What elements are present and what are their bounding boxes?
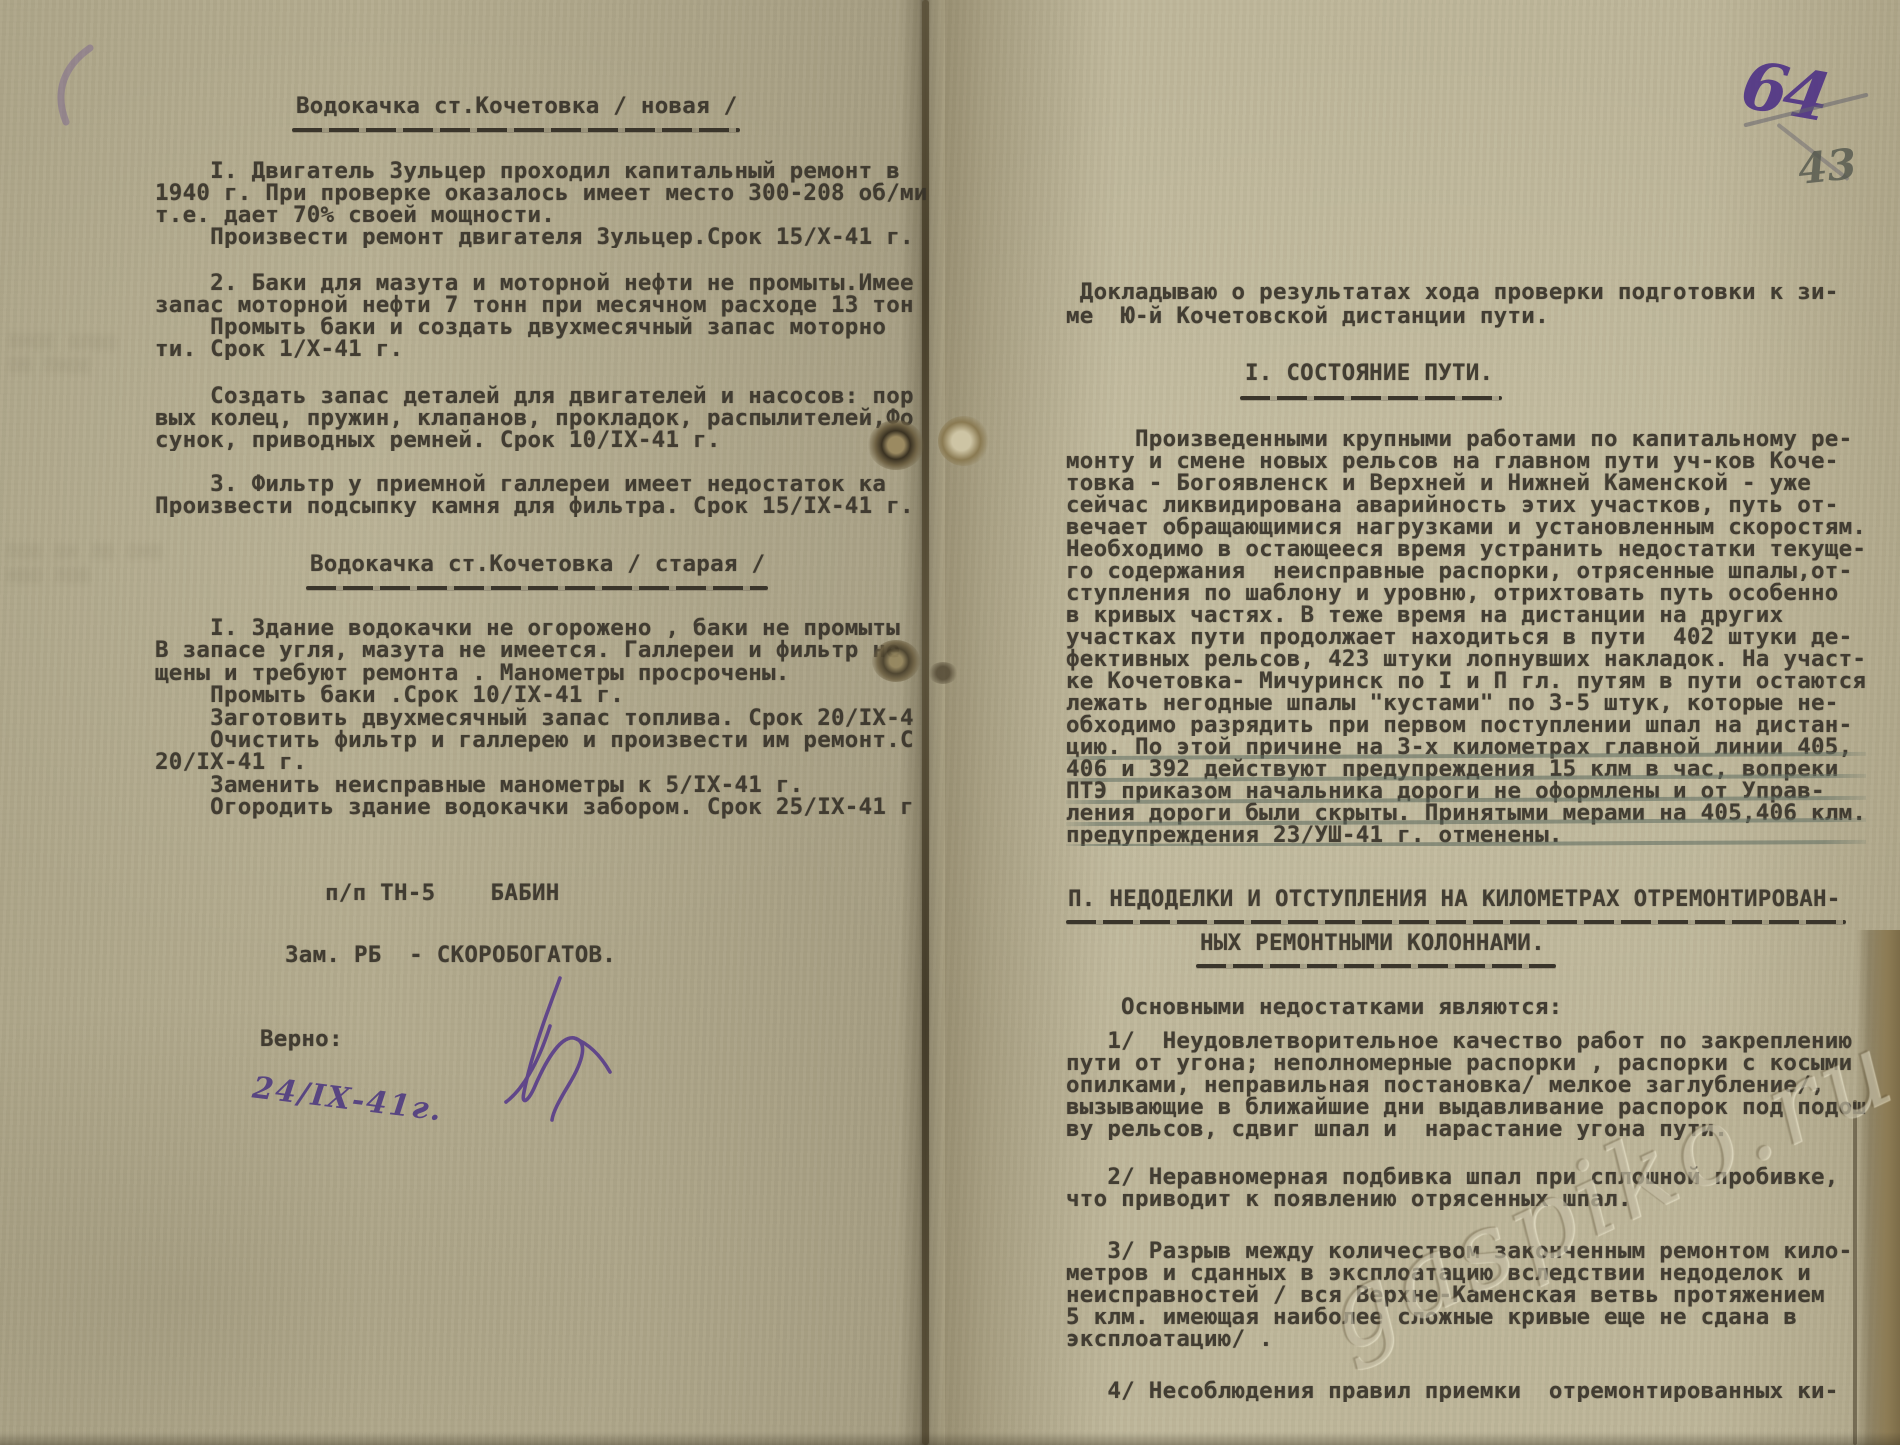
- text-line: Заготовить двухмесячный запас топлива. С…: [155, 707, 930, 729]
- text-line: Необходимо в остающееся время устранить …: [1066, 538, 1866, 560]
- paragraph-spare-parts: Создать запас деталей для двигателей и н…: [155, 385, 930, 451]
- left-heading-old-pumphouse: Водокачка ст.Кочетовка / старая /: [310, 553, 765, 575]
- text-line: ступления по шаблону и уровню, отрихтова…: [1066, 582, 1866, 604]
- text-line: ти. Срок 1/X-41 г.: [155, 338, 930, 360]
- text-line: 1940 г. При проверке оказалось имеет мес…: [155, 182, 930, 204]
- heading-underline: [1240, 396, 1502, 400]
- heading-underline: [1196, 964, 1556, 968]
- text-line: участках пути продолжает находиться в пу…: [1066, 626, 1866, 648]
- text-line: цию. По этой причине на 3-х километрах г…: [1066, 736, 1866, 758]
- text-line: 1/ Неудовлетворительное качество работ п…: [1066, 1030, 1866, 1052]
- text-line: 406 и 392 действуют предупреждения 15 кл…: [1066, 758, 1866, 780]
- text-line: Произвести ремонт двигателя Зульцер.Срок…: [155, 226, 930, 248]
- right-heading-track-condition: І. СОСТОЯНИЕ ПУТИ.: [1245, 362, 1493, 384]
- paragraph-building: І. Здание водокачки не огорожено , баки …: [155, 617, 930, 819]
- text-line: ке Кочетовка- Мичуринск по І и П гл. пут…: [1066, 670, 1866, 692]
- text-line: обходимо разрядить при первом поступлени…: [1066, 714, 1866, 736]
- text-line: Создать запас деталей для двигателей и н…: [155, 385, 930, 407]
- track-condition-body-underlined: цию. По этой причине на 3-х километрах г…: [1066, 736, 1866, 846]
- binding-hole: [872, 640, 920, 682]
- text-line: 3. Фильтр у приемной галлереи имеет недо…: [155, 473, 930, 495]
- text-line: щены и требуют ремонта . Манометры проср…: [155, 662, 930, 684]
- text-line: запас моторной нефти 7 тонн при месячном…: [155, 294, 930, 316]
- paper-tear: [928, 662, 958, 684]
- left-heading-new-pumphouse: Водокачка ст.Кочетовка / новая /: [296, 95, 737, 117]
- text-line: Очистить фильтр и галлерею и произвести …: [155, 729, 930, 751]
- heading-underline: [306, 586, 768, 590]
- ink-smudge: [42, 44, 102, 128]
- text-line: 2. Баки для мазута и моторной нефти не п…: [155, 272, 930, 294]
- text-line: 4/ Несоблюдения правил приемки отремонти…: [1066, 1380, 1866, 1402]
- text-line: Заменить неисправные манометры к 5/IX-41…: [155, 774, 930, 796]
- text-line: В запасе угля, мазута не имеется. Галлер…: [155, 639, 930, 661]
- paragraph-filter: 3. Фильтр у приемной галлереи имеет недо…: [155, 473, 930, 517]
- text-line: вых колец, пружин, клапанов, прокладок, …: [155, 407, 930, 429]
- text-line: Огородить здание водокачки забором. Срок…: [155, 796, 930, 818]
- text-line: Докладываю о результатах хода проверки п…: [1066, 280, 1866, 304]
- paragraph-engine-repair: І. Двигатель Зульцер проходил капитальны…: [155, 160, 930, 248]
- text-line: Промыть баки и создать двухмесячный запа…: [155, 316, 930, 338]
- text-line: ме Ю-й Кочетовской дистанции пути.: [1066, 304, 1866, 328]
- text-line: 20/IX-41 г.: [155, 751, 930, 773]
- text-line: фективных рельсов, 423 штуки лопнувших н…: [1066, 648, 1866, 670]
- right-heading-defects-line2: НЫХ РЕМОНТНЫМИ КОЛОННАМИ.: [1200, 932, 1545, 954]
- defect-item-4: 4/ Несоблюдения правил приемки отремонти…: [1066, 1380, 1866, 1402]
- page-number-pencil: 43: [1796, 139, 1859, 194]
- heading-underline: [1066, 920, 1846, 924]
- text-line: лежать негодные шпалы "кустами" по 3-5 ш…: [1066, 692, 1866, 714]
- text-line: Промыть баки .Срок 10/IX-41 г.: [155, 684, 930, 706]
- track-condition-body: Произведенными крупными работами по капи…: [1066, 428, 1866, 736]
- bleed-through-text: ВНОЕ ВЛВО ОВ ПНОЕ: [8, 329, 117, 379]
- right-heading-defects-line1: П. НЕДОДЕЛКИ И ОТСТУПЛЕНИЯ НА КИЛОМЕТРАХ…: [1068, 888, 1868, 910]
- text-line: сунок, приводных ремней. Срок 10/IX-41 г…: [155, 429, 930, 451]
- bleed-through-text: ПОВ ВН ЛВ ОНВ НВО ЛОВ: [6, 540, 163, 588]
- text-line: в кривых частях. В теже время на дистанц…: [1066, 604, 1866, 626]
- text-line: эксплоатацию/ .: [1066, 1328, 1866, 1350]
- defects-intro-line: Основными недостатками являются:: [1121, 996, 1562, 1018]
- binding-hole: [868, 420, 924, 470]
- paragraph-fuel-tanks: 2. Баки для мазута и моторной нефти не п…: [155, 272, 930, 360]
- text-line: предупреждения 23/УШ-41 г. отменены.: [1066, 824, 1866, 846]
- handwritten-signature: [498, 968, 638, 1128]
- document-scan: { "left_page": { "heading_new": "Водокач…: [0, 0, 1900, 1445]
- text-line: т.е. дает 70% своей мощности.: [155, 204, 930, 226]
- text-line: вечает обращающимися нагрузками и устано…: [1066, 516, 1866, 538]
- text-line: Произвести подсыпку камня для фильтра. С…: [155, 495, 930, 517]
- signature-line-skorobogatov: Зам. РБ - СКОРОБОГАТОВ.: [285, 944, 616, 966]
- text-line: І. Здание водокачки не огорожено , баки …: [155, 617, 930, 639]
- text-line: монту и смене новых рельсов на главном п…: [1066, 450, 1866, 472]
- text-line: ления дороги были скрыты. Принятыми мера…: [1066, 802, 1866, 824]
- text-line: І. Двигатель Зульцер проходил капитальны…: [155, 160, 930, 182]
- text-line: го содержания неисправные распорки, отря…: [1066, 560, 1866, 582]
- signature-line-babin: п/п ТН-5 БАБИН: [325, 882, 560, 904]
- text-line: ПТЭ приказом начальника дороги не оформл…: [1066, 780, 1866, 802]
- text-line: Произведенными крупными работами по капи…: [1066, 428, 1866, 450]
- heading-underline: [292, 128, 740, 132]
- certified-label: Верно:: [260, 1028, 343, 1050]
- report-intro: Докладываю о результатах хода проверки п…: [1066, 280, 1866, 328]
- text-line: товка - Богоявленск и Верхней и Нижней К…: [1066, 472, 1866, 494]
- bottom-edge-shadow: [0, 1432, 1900, 1445]
- text-line: сейчас ликвидирована аварийность этих уч…: [1066, 494, 1866, 516]
- binding-hole: [938, 416, 990, 466]
